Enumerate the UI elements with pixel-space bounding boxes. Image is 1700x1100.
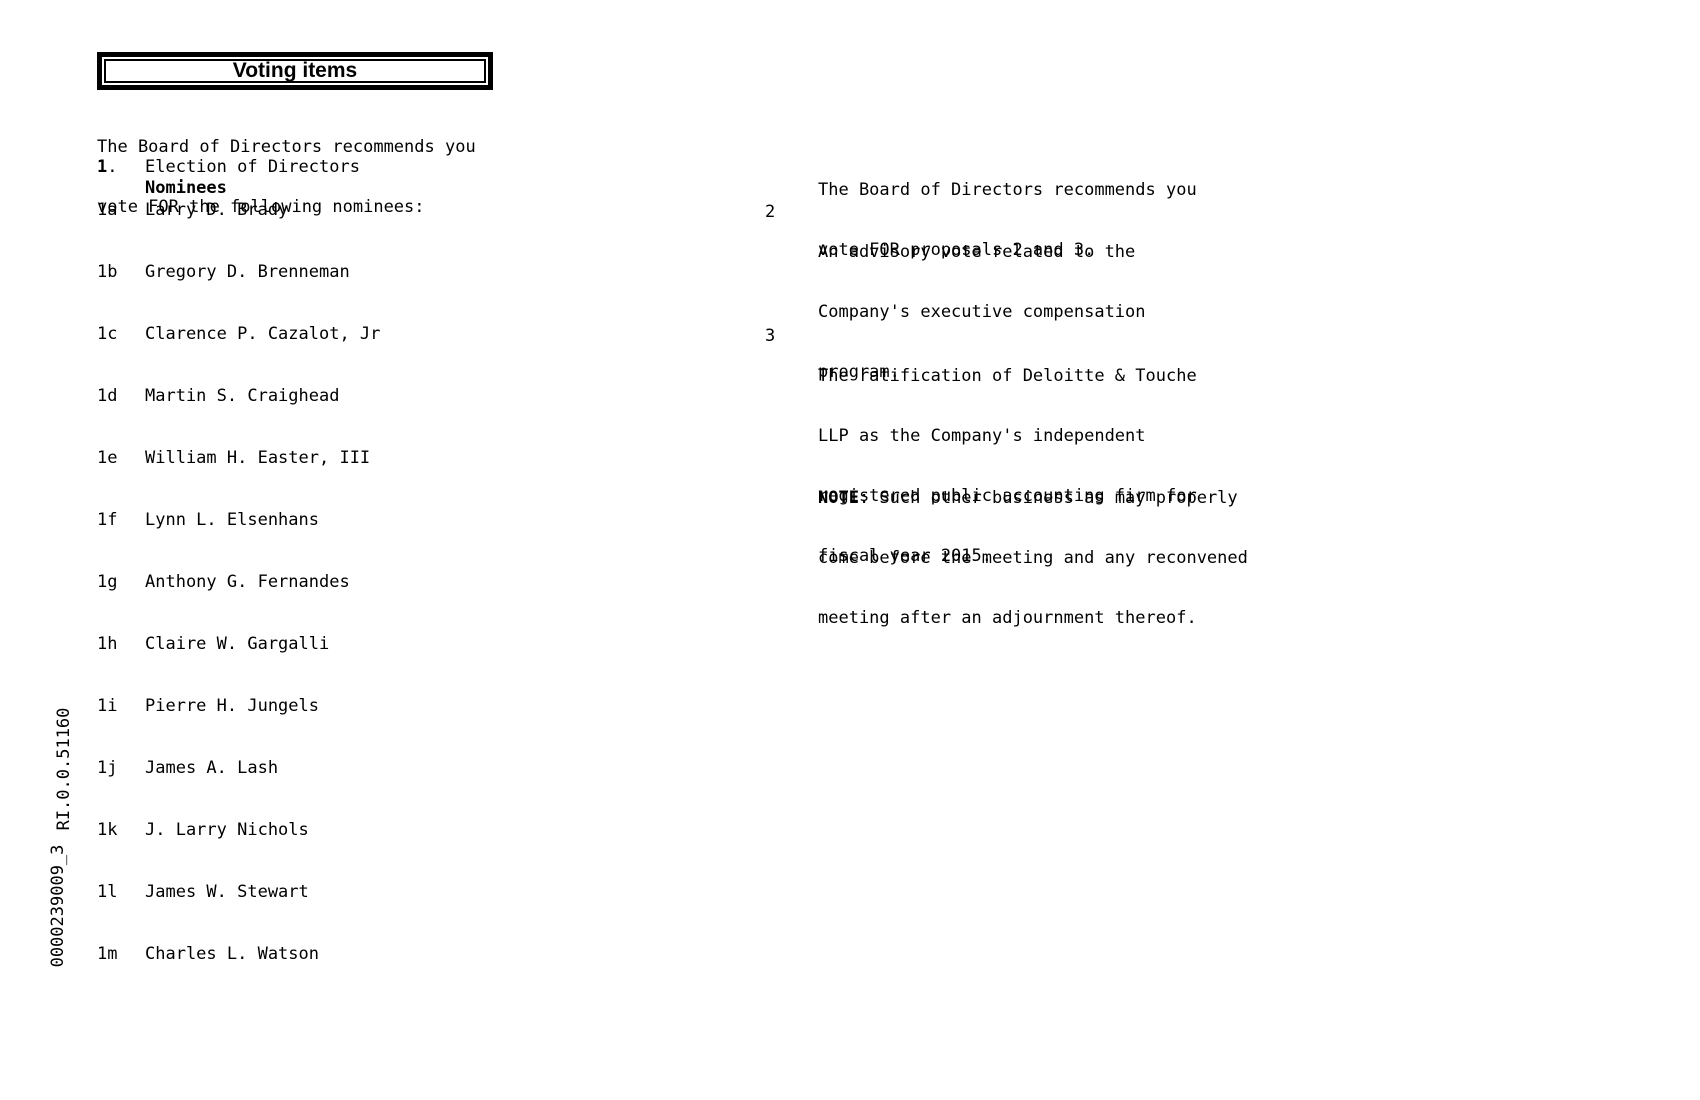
edge-code-upper: RI.0.0.51160 <box>55 704 73 834</box>
nominee-id: 1g <box>97 572 145 592</box>
proposal-2-line2: Company's executive compensation <box>818 302 1146 322</box>
nominee-name: Claire W. Gargalli <box>145 634 329 654</box>
note-label: NOTE <box>818 488 859 508</box>
nominee-name: Pierre H. Jungels <box>145 696 319 716</box>
nominee-row-1b: 1bGregory D. Brenneman <box>97 262 350 282</box>
note-block: NOTE: Such other business as may properl… <box>818 448 1248 668</box>
voting-items-box: Voting items <box>97 52 493 90</box>
nominee-row-1l: 1lJames W. Stewart <box>97 882 309 902</box>
nominee-id: 1e <box>97 448 145 468</box>
nominee-name: William H. Easter, III <box>145 448 370 468</box>
left-intro: The Board of Directors recommends you vo… <box>97 97 476 257</box>
nominee-name: James W. Stewart <box>145 882 309 902</box>
nominee-name: James A. Lash <box>145 758 278 778</box>
nominee-row-1a: 1aLarry D. Brady <box>97 200 288 220</box>
nominee-id: 1b <box>97 262 145 282</box>
item1-title: Election of Directors <box>145 157 360 177</box>
nominee-row-1j: 1jJames A. Lash <box>97 758 278 778</box>
note-line1: NOTE: Such other business as may properl… <box>818 488 1248 508</box>
nominee-row-1h: 1hClaire W. Gargalli <box>97 634 329 654</box>
nominee-name: Anthony G. Fernandes <box>145 572 350 592</box>
nominee-name: Martin S. Craighead <box>145 386 339 406</box>
nominee-name: Larry D. Brady <box>145 200 288 220</box>
proposal-3-line1: The ratification of Deloitte & Touche <box>818 366 1197 386</box>
nominee-name: Charles L. Watson <box>145 944 319 964</box>
nominee-row-1d: 1dMartin S. Craighead <box>97 386 339 406</box>
nominee-name: Clarence P. Cazalot, Jr <box>145 324 380 344</box>
nominee-name: J. Larry Nichols <box>145 820 309 840</box>
nominee-id: 1d <box>97 386 145 406</box>
nominee-id: 1k <box>97 820 145 840</box>
nominee-name: Lynn L. Elsenhans <box>145 510 319 530</box>
nominee-id: 1a <box>97 200 145 220</box>
voting-items-title: Voting items <box>104 59 486 83</box>
nominee-id: 1h <box>97 634 145 654</box>
nominee-row-1c: 1cClarence P. Cazalot, Jr <box>97 324 380 344</box>
nominee-id: 1c <box>97 324 145 344</box>
proxy-ballot-page: Voting items The Board of Directors reco… <box>0 0 1700 1100</box>
note-line3: meeting after an adjournment thereof. <box>818 608 1248 628</box>
nominee-row-1e: 1eWilliam H. Easter, III <box>97 448 370 468</box>
proposal-2-line1: An advisory vote related to the <box>818 242 1146 262</box>
nominee-name: Gregory D. Brenneman <box>145 262 350 282</box>
proposal-3-number: 3 <box>765 326 795 346</box>
nominee-row-1g: 1gAnthony G. Fernandes <box>97 572 350 592</box>
proposal-3-line2: LLP as the Company's independent <box>818 426 1197 446</box>
note-line2: come before the meeting and any reconven… <box>818 548 1248 568</box>
nominee-row-1k: 1kJ. Larry Nichols <box>97 820 309 840</box>
nominee-id: 1i <box>97 696 145 716</box>
nominee-id: 1f <box>97 510 145 530</box>
nominee-id: 1j <box>97 758 145 778</box>
left-intro-line1: The Board of Directors recommends you <box>97 137 476 157</box>
right-intro-line1: The Board of Directors recommends you <box>818 180 1197 200</box>
edge-code-lower: 0000239009_3 <box>49 841 67 971</box>
nominee-id: 1l <box>97 882 145 902</box>
item1-number: 1. <box>97 157 118 177</box>
nominee-row-1f: 1fLynn L. Elsenhans <box>97 510 319 530</box>
item1-subtitle: Nominees <box>145 178 227 198</box>
proposal-2-number: 2 <box>765 202 795 222</box>
nominee-row-1m: 1mCharles L. Watson <box>97 944 319 964</box>
nominee-row-1i: 1iPierre H. Jungels <box>97 696 319 716</box>
nominee-id: 1m <box>97 944 145 964</box>
